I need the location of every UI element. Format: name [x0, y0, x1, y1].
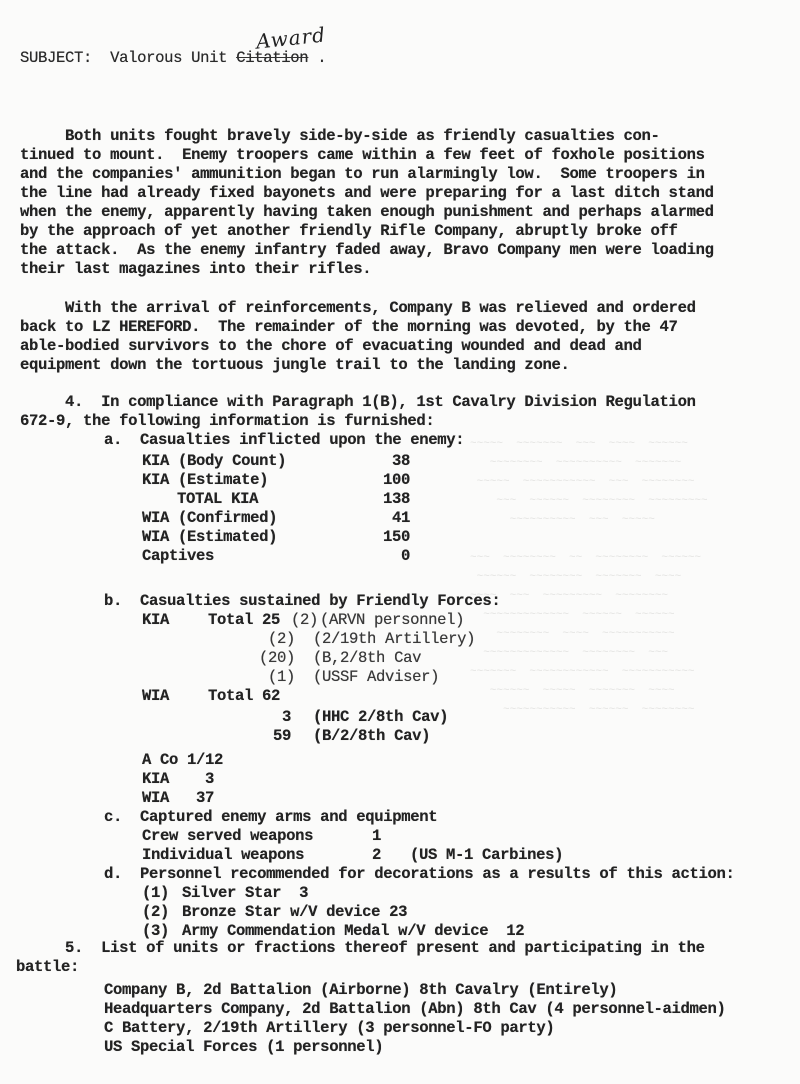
kia-count: (20)	[245, 648, 295, 668]
kia-unit: (ARVN personnel)	[320, 610, 464, 630]
equipment-value: 1	[372, 826, 381, 846]
wia-total: Total 62	[208, 686, 280, 706]
kia-unit: (2/19th Artillery)	[313, 629, 475, 649]
equipment-note: (US M-1 Carbines)	[410, 845, 563, 865]
unit-item: Headquarters Company, 2d Battalion (Abn)…	[104, 999, 726, 1019]
kia-count: (1)	[245, 667, 295, 687]
text-line: equipment down the tortuous jungle trail…	[20, 355, 569, 375]
casualty-value: 150	[360, 527, 410, 547]
casualty-label: TOTAL KIA	[150, 489, 258, 509]
kia-count: (2)	[245, 629, 295, 649]
equipment-label: Individual weapons	[142, 845, 304, 865]
subject-label: SUBJECT:	[20, 49, 92, 67]
equipment-label: Crew served weapons	[142, 826, 313, 846]
wia-count: 59	[245, 726, 291, 746]
a-co-row-value: 37	[180, 788, 214, 808]
unit-item: Company B, 2d Battalion (Airborne) 8th C…	[104, 980, 617, 1000]
text-line: 672-9, the following information is furn…	[20, 411, 434, 431]
a-co-label: A Co 1/12	[142, 750, 223, 770]
kia-label: KIA	[142, 610, 169, 630]
text-line: the attack. As the enemy infantry faded …	[20, 240, 714, 260]
a-co-row-label: WIA	[142, 788, 169, 808]
decoration-num: (1)	[142, 883, 169, 903]
a-co-row-label: KIA	[142, 769, 169, 789]
casualty-label: KIA (Body Count)	[142, 451, 286, 471]
section-5-heading-cont: battle:	[16, 957, 79, 977]
kia-unit: (B,2/8th Cav	[313, 648, 421, 668]
text-line: by the approach of yet another friendly …	[20, 221, 678, 241]
kia-unit: (USSF Adviser)	[313, 667, 439, 687]
text-line: Both units fought bravely side-by-side a…	[20, 126, 660, 146]
casualty-label: WIA (Confirmed)	[142, 508, 277, 528]
wia-unit: (B/2/8th Cav)	[313, 726, 430, 746]
casualty-value: 138	[360, 489, 410, 509]
section-a-heading: a. Casualties inflicted upon the enemy:	[104, 430, 464, 450]
wia-count: 3	[245, 707, 291, 727]
casualty-label: WIA (Estimated)	[142, 527, 277, 547]
text-line: back to LZ HEREFORD. The remainder of th…	[20, 317, 678, 337]
text-line: tinued to mount. Enemy troopers came wit…	[20, 145, 705, 165]
document-page: ~~~~~ ~~~~~~~ ~~~ ~~~~ ~~~~~~ ~~~~~~~~ ~…	[0, 0, 800, 1084]
casualty-label: KIA (Estimate)	[142, 470, 268, 490]
text-line: With the arrival of reinforcements, Comp…	[20, 298, 696, 318]
decoration-num: (2)	[142, 902, 169, 922]
unit-item: US Special Forces (1 personnel)	[104, 1037, 383, 1057]
wia-label: WIA	[142, 686, 169, 706]
unit-item: C Battery, 2/19th Artillery (3 personnel…	[104, 1018, 554, 1038]
wia-unit: (HHC 2/8th Cav)	[313, 707, 448, 727]
subject-text: Valorous Unit	[110, 49, 227, 67]
decoration-text: Silver Star 3	[182, 883, 308, 903]
decoration-text: Bronze Star w/V device 23	[182, 902, 407, 922]
section-5-heading: 5. List of units or fractions thereof pr…	[20, 938, 705, 958]
casualty-value: 100	[360, 470, 410, 490]
casualty-value: 0	[360, 546, 410, 566]
casualty-value: 41	[360, 508, 410, 528]
section-b-heading: b. Casualties sustained by Friendly Forc…	[104, 591, 500, 611]
text-line: when the enemy, apparently having taken …	[20, 202, 714, 222]
text-line: able-bodied survivors to the chore of ev…	[20, 336, 642, 356]
text-line: their last magazines into their rifles.	[20, 259, 371, 279]
bleed-through-text: ~~~~~ ~~~~~~~ ~~~ ~~~~ ~~~~~~ ~~~~~~~~ ~…	[470, 435, 708, 720]
section-d-heading: d. Personnel recommended for decorations…	[104, 864, 735, 884]
text-line: and the companies' ammunition began to r…	[20, 164, 705, 184]
section-c-heading: c. Captured enemy arms and equipment	[104, 807, 437, 827]
kia-count: (2)	[268, 610, 318, 630]
casualty-label: Captives	[142, 546, 214, 566]
a-co-row-value: 3	[180, 769, 214, 789]
casualty-value: 38	[360, 451, 410, 471]
equipment-value: 2	[372, 845, 381, 865]
text-line: the line had already fixed bayonets and …	[20, 183, 714, 203]
text-line: 4. In compliance with Paragraph 1(B), 1s…	[20, 392, 696, 412]
